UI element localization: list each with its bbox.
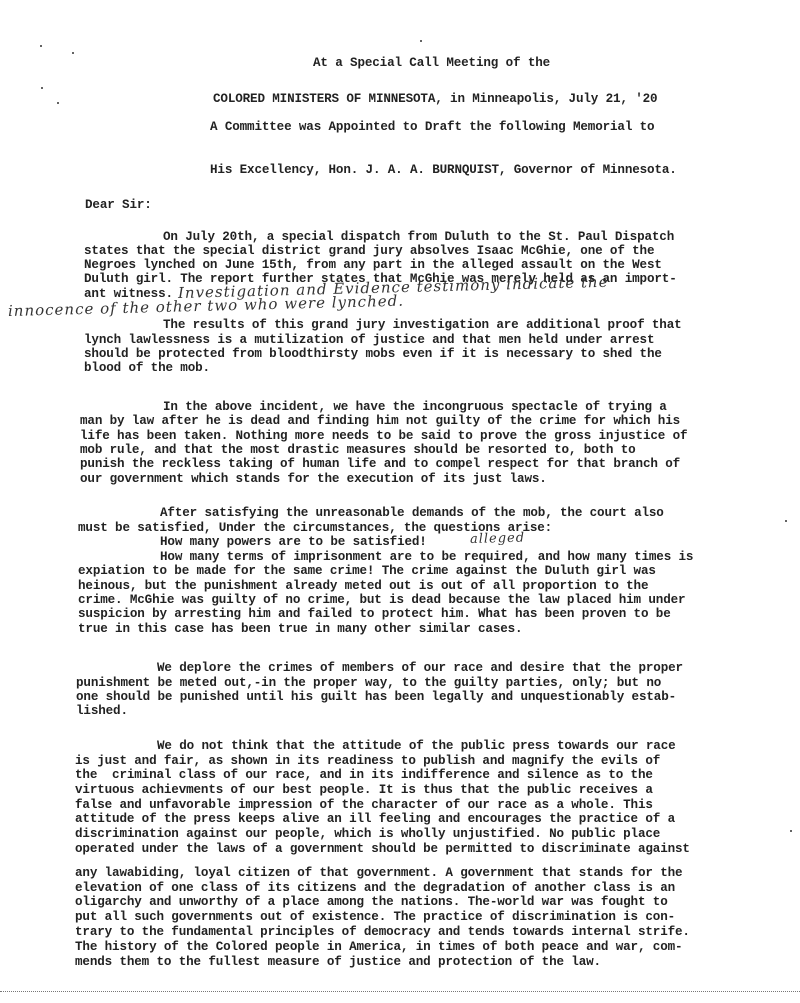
scan-speck <box>72 52 74 54</box>
document-page: At a Special Call Meeting of the COLORED… <box>0 0 800 1003</box>
p3-line-3: life has been taken. Nothing more needs … <box>80 429 687 443</box>
p5-line-3: one should be punished until his guilt h… <box>76 690 676 704</box>
p6-line-4: virtuous achievments of our best people.… <box>75 783 653 797</box>
p6-line-10: elevation of one class of its citizens a… <box>75 881 675 895</box>
p4-line-9: true in this case has been true in many … <box>78 622 522 636</box>
p4-line-3: How many powers are to be satisfied! <box>160 535 427 549</box>
p5-line-1: We deplore the crimes of members of our … <box>157 661 683 675</box>
p6-line-11: oligarchy and unworthy of a place among … <box>75 895 668 909</box>
p5-line-2: punishment be meted out,-in the proper w… <box>76 676 661 690</box>
p6-line-9: any lawabiding, loyal citizen of that go… <box>75 866 682 880</box>
salutation: Dear Sir: <box>85 198 152 212</box>
p3-line-6: our government which stands for the exec… <box>80 472 547 486</box>
p6-line-15: mends them to the fullest measure of jus… <box>75 955 601 969</box>
p3-line-5: punish the reckless taking of human life… <box>80 457 680 471</box>
p4-line-6: heinous, but the punishment already mete… <box>78 579 648 593</box>
p6-line-13: trary to the fundamental principles of d… <box>75 925 690 939</box>
scan-speck <box>785 520 787 522</box>
p4-line-5: expiation to be made for the same crime!… <box>78 564 656 578</box>
p6-line-6: attitude of the press keeps alive an ill… <box>75 812 675 826</box>
p4-line-7: crime. McGhie was guilty of no crime, bu… <box>78 593 685 607</box>
scan-speck <box>40 45 42 47</box>
scan-speck <box>420 40 422 42</box>
header-line-1: At a Special Call Meeting of the <box>313 56 550 70</box>
p4-line-1: After satisfying the unreasonable demand… <box>160 506 664 520</box>
p3-line-1: In the above incident, we have the incon… <box>163 400 667 414</box>
p2-line-1: The results of this grand jury investiga… <box>163 318 682 332</box>
addressee: His Excellency, Hon. J. A. A. BURNQUIST,… <box>210 163 677 177</box>
scan-speck <box>57 102 59 104</box>
p1-line-3: Negroes lynched on June 15th, from any p… <box>84 258 662 272</box>
scan-bottom-edge <box>0 991 800 993</box>
p6-line-3: the criminal class of our race, and in i… <box>75 768 653 782</box>
p2-line-3: should be protected from bloodthirsty mo… <box>84 347 662 361</box>
p6-line-5: false and unfavorable impression of the … <box>75 798 653 812</box>
p6-line-14: The history of the Colored people in Ame… <box>75 940 682 954</box>
p5-line-4: lished. <box>76 704 128 718</box>
p4-line-4: How many terms of imprisonment are to be… <box>160 550 693 564</box>
handwritten-margin-word: alleged <box>470 531 525 547</box>
p6-line-8: operated under the laws of a government … <box>75 842 690 856</box>
p1-line-2: states that the special district grand j… <box>84 244 654 258</box>
scan-speck <box>790 830 792 832</box>
p3-line-2: man by law after he is dead and finding … <box>80 414 680 428</box>
header-line-2: COLORED MINISTERS OF MINNESOTA, in Minne… <box>213 92 657 106</box>
p6-line-2: is just and fair, as shown in its readin… <box>75 754 660 768</box>
p4-line-8: suspicion by arresting him and failed to… <box>78 607 671 621</box>
header-line-3: A Committee was Appointed to Draft the f… <box>210 120 654 134</box>
scan-speck <box>41 87 43 89</box>
p6-line-12: put all such governments out of existenc… <box>75 910 675 924</box>
p1-line-1: On July 20th, a special dispatch from Du… <box>163 230 674 244</box>
p6-line-7: discrimination against our people, which… <box>75 827 660 841</box>
p2-line-2: lynch lawlessness is a mutilization of j… <box>84 333 654 347</box>
p3-line-4: mob rule, and that the most drastic meas… <box>80 443 636 457</box>
p6-line-1: We do not think that the attitude of the… <box>157 739 676 753</box>
handwritten-insert-line-2: innocence of the other two who were lync… <box>8 292 404 320</box>
p2-line-4: blood of the mob. <box>84 361 210 375</box>
